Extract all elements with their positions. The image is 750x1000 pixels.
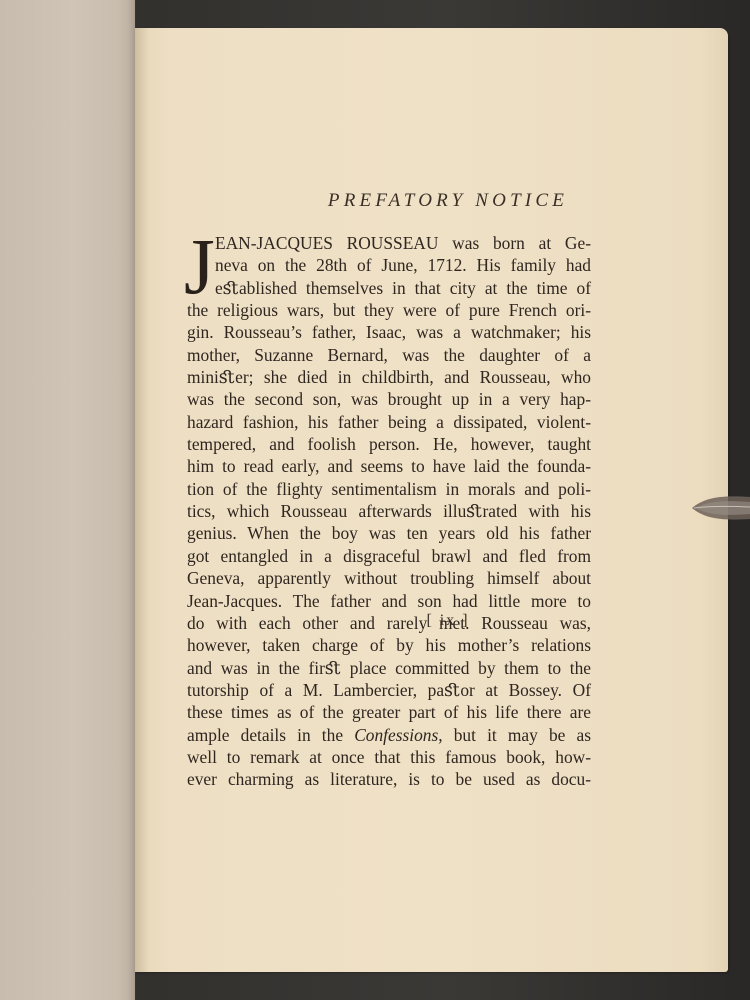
text-line: tutorship of a M. Lambercier, paﬆor at B… [187, 679, 591, 701]
text-line: neva on the 28th of June, 1712. His fami… [187, 254, 591, 276]
text-line: was the second son, was brought up in a … [187, 388, 591, 410]
page-number: [ ix ] [135, 612, 728, 630]
text-line: tempered, and foolish person. He, howeve… [187, 433, 591, 455]
text-line: eﬆablished themselves in that city at th… [187, 277, 591, 299]
gutter-shadow [135, 28, 149, 972]
text-line-with-italic: ample details in the Confessions, but it… [187, 724, 591, 746]
text-line: well to remark at once that this famous … [187, 746, 591, 768]
text-line: miniﬆer; she died in childbirth, and Rou… [187, 366, 591, 388]
page-title: PREFATORY NOTICE [135, 190, 728, 212]
text-line: mother, Suzanne Bernard, was the daughte… [187, 344, 591, 366]
metal-clip-icon [690, 493, 750, 523]
text-line: him to read early, and seems to have lai… [187, 455, 591, 477]
text-segment: but it may be as [443, 725, 591, 745]
body-text: J EAN-JACQUES ROUSSEAU was born at Ge- n… [187, 232, 591, 791]
text-line: tics, which Rousseau afterwards illuﬆrat… [187, 500, 591, 522]
right-page: PREFATORY NOTICE J EAN-JACQUES ROUSSEAU … [135, 28, 728, 972]
text-line: Jean-Jacques. The father and son had lit… [187, 590, 591, 612]
text-line: tion of the flighty sentimentalism in mo… [187, 478, 591, 500]
text-segment: ample details in the [187, 725, 354, 745]
text-line: the religious wars, but they were of pur… [187, 299, 591, 321]
text-line: hazard fashion, his father being a dissi… [187, 411, 591, 433]
text-line: and was in the firﬆ place committed by t… [187, 657, 591, 679]
italic-title: Confessions, [354, 725, 442, 745]
left-page [0, 0, 135, 1000]
drop-cap: J [184, 234, 215, 304]
text-line: Geneva, apparently without troubling him… [187, 567, 591, 589]
text-line: ever charming as literature, is to be us… [187, 768, 591, 790]
text-line: these times as of the greater part of hi… [187, 701, 591, 723]
text-line: however, taken charge of by his mother’s… [187, 634, 591, 656]
text-line: genius. When the boy was ten years old h… [187, 522, 591, 544]
text-line: got entangled in a disgraceful brawl and… [187, 545, 591, 567]
text-line: EAN-JACQUES ROUSSEAU was born at Ge- [187, 232, 591, 254]
text-line: gin. Rousseau’s father, Isaac, was a wat… [187, 321, 591, 343]
